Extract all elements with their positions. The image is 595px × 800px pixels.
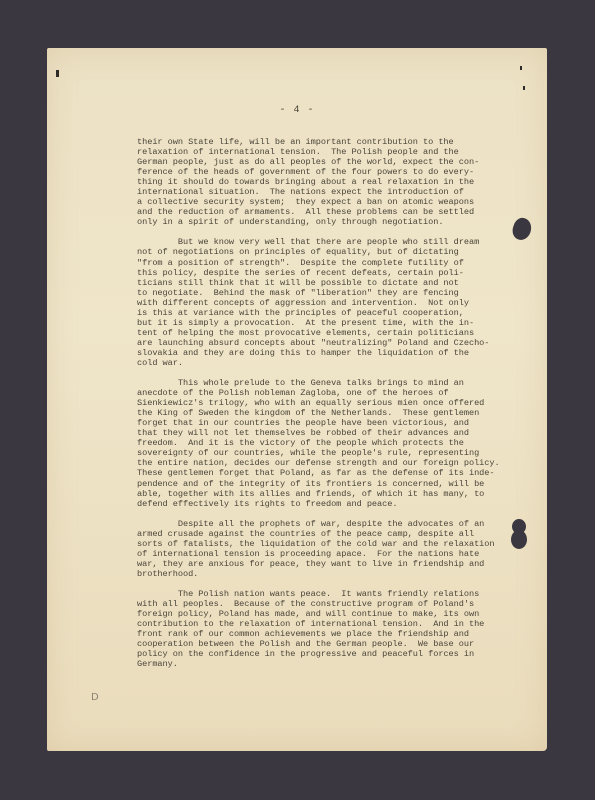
- text-line: are launching absurd concepts about "neu…: [137, 338, 509, 348]
- text-line: armed crusade against the countries of t…: [137, 529, 509, 539]
- staple-mark: [56, 70, 59, 77]
- text-line: ticians still think that it will be poss…: [137, 278, 509, 288]
- punch-hole: [510, 216, 534, 243]
- text-line: with all peoples. Because of the constru…: [137, 599, 509, 609]
- text-line: their own State life, will be an importa…: [137, 137, 509, 147]
- text-line: forget that in our countries the people …: [137, 418, 509, 428]
- text-line: ference of the heads of government of th…: [137, 167, 509, 177]
- text-line: foreign policy, Poland has made, and wil…: [137, 609, 509, 619]
- text-line: of international tension is proceeding a…: [137, 549, 509, 559]
- text-line: tent of helping the most provocative ele…: [137, 328, 509, 338]
- text-line: contribution to the relaxation of intern…: [137, 619, 509, 629]
- text-line: and the reduction of armaments. All thes…: [137, 207, 509, 217]
- ink-speck: [520, 66, 522, 70]
- text-line: with different concepts of aggression an…: [137, 298, 509, 308]
- text-line: sovereignty of our countries, while the …: [137, 448, 509, 458]
- text-line: relaxation of international tension. The…: [137, 147, 509, 157]
- text-line: but it is simply a provocation. At the p…: [137, 318, 509, 328]
- text-line: pendence and of the integrity of its fro…: [137, 479, 509, 489]
- paragraph: This whole prelude to the Geneva talks b…: [137, 378, 509, 509]
- punch-hole: [511, 530, 527, 549]
- text-line: Sienkiewicz's trilogy, who with an equal…: [137, 398, 509, 408]
- text-line: cold war.: [137, 358, 509, 368]
- text-line: brotherhood.: [137, 569, 509, 579]
- text-line: slovakia and they are doing this to hamp…: [137, 348, 509, 358]
- body-text: their own State life, will be an importa…: [137, 137, 509, 679]
- paragraph: their own State life, will be an importa…: [137, 137, 509, 227]
- text-line: Despite all the prophets of war, despite…: [137, 519, 509, 529]
- text-line: sorts of fatalists, the liquidation of t…: [137, 539, 509, 549]
- document-page: - 4 - their own State life, will be an i…: [47, 48, 547, 751]
- paragraph: Despite all the prophets of war, despite…: [137, 519, 509, 579]
- text-line: not of negotiations on principles of equ…: [137, 247, 509, 257]
- text-line: this policy, despite the series of recen…: [137, 268, 509, 278]
- text-line: The Polish nation wants peace. It wants …: [137, 589, 509, 599]
- handwritten-mark: D: [91, 692, 99, 703]
- text-line: thing it should do towards bringing abou…: [137, 177, 509, 187]
- text-line: anecdote of the Polish nobleman Zagloba,…: [137, 388, 509, 398]
- text-line: able, together with its allies and frien…: [137, 489, 509, 499]
- text-line: a collective security system; they expec…: [137, 197, 509, 207]
- ink-speck: [523, 86, 525, 90]
- text-line: freedom. And it is the victory of the pe…: [137, 438, 509, 448]
- page-number: - 4 -: [47, 105, 547, 116]
- text-line: war, they are anxious for peace, they wa…: [137, 559, 509, 569]
- text-line: the King of Sweden the kingdom of the Ne…: [137, 408, 509, 418]
- text-line: to negotiate. Behind the mask of "libera…: [137, 288, 509, 298]
- paragraph: But we know very well that there are peo…: [137, 237, 509, 368]
- text-line: only in a spirit of understanding, only …: [137, 217, 509, 227]
- text-line: cooperation between the Polish and the G…: [137, 639, 509, 649]
- text-line: international situation. The nations exp…: [137, 187, 509, 197]
- text-line: defend effectively its rights to freedom…: [137, 499, 509, 509]
- paragraph: The Polish nation wants peace. It wants …: [137, 589, 509, 669]
- text-line: These gentlemen forget that Poland, as f…: [137, 468, 509, 478]
- text-line: This whole prelude to the Geneva talks b…: [137, 378, 509, 388]
- text-line: is this at variance with the principles …: [137, 308, 509, 318]
- text-line: Germany.: [137, 659, 509, 669]
- text-line: German people, just as do all peoples of…: [137, 157, 509, 167]
- text-line: But we know very well that there are peo…: [137, 237, 509, 247]
- text-line: that they will not let themselves be rob…: [137, 428, 509, 438]
- text-line: the entire nation, decides our defense s…: [137, 458, 509, 468]
- text-line: front rank of our common achievements we…: [137, 629, 509, 639]
- text-line: policy on the confidence in the progress…: [137, 649, 509, 659]
- text-line: "from a position of strength". Despite t…: [137, 258, 509, 268]
